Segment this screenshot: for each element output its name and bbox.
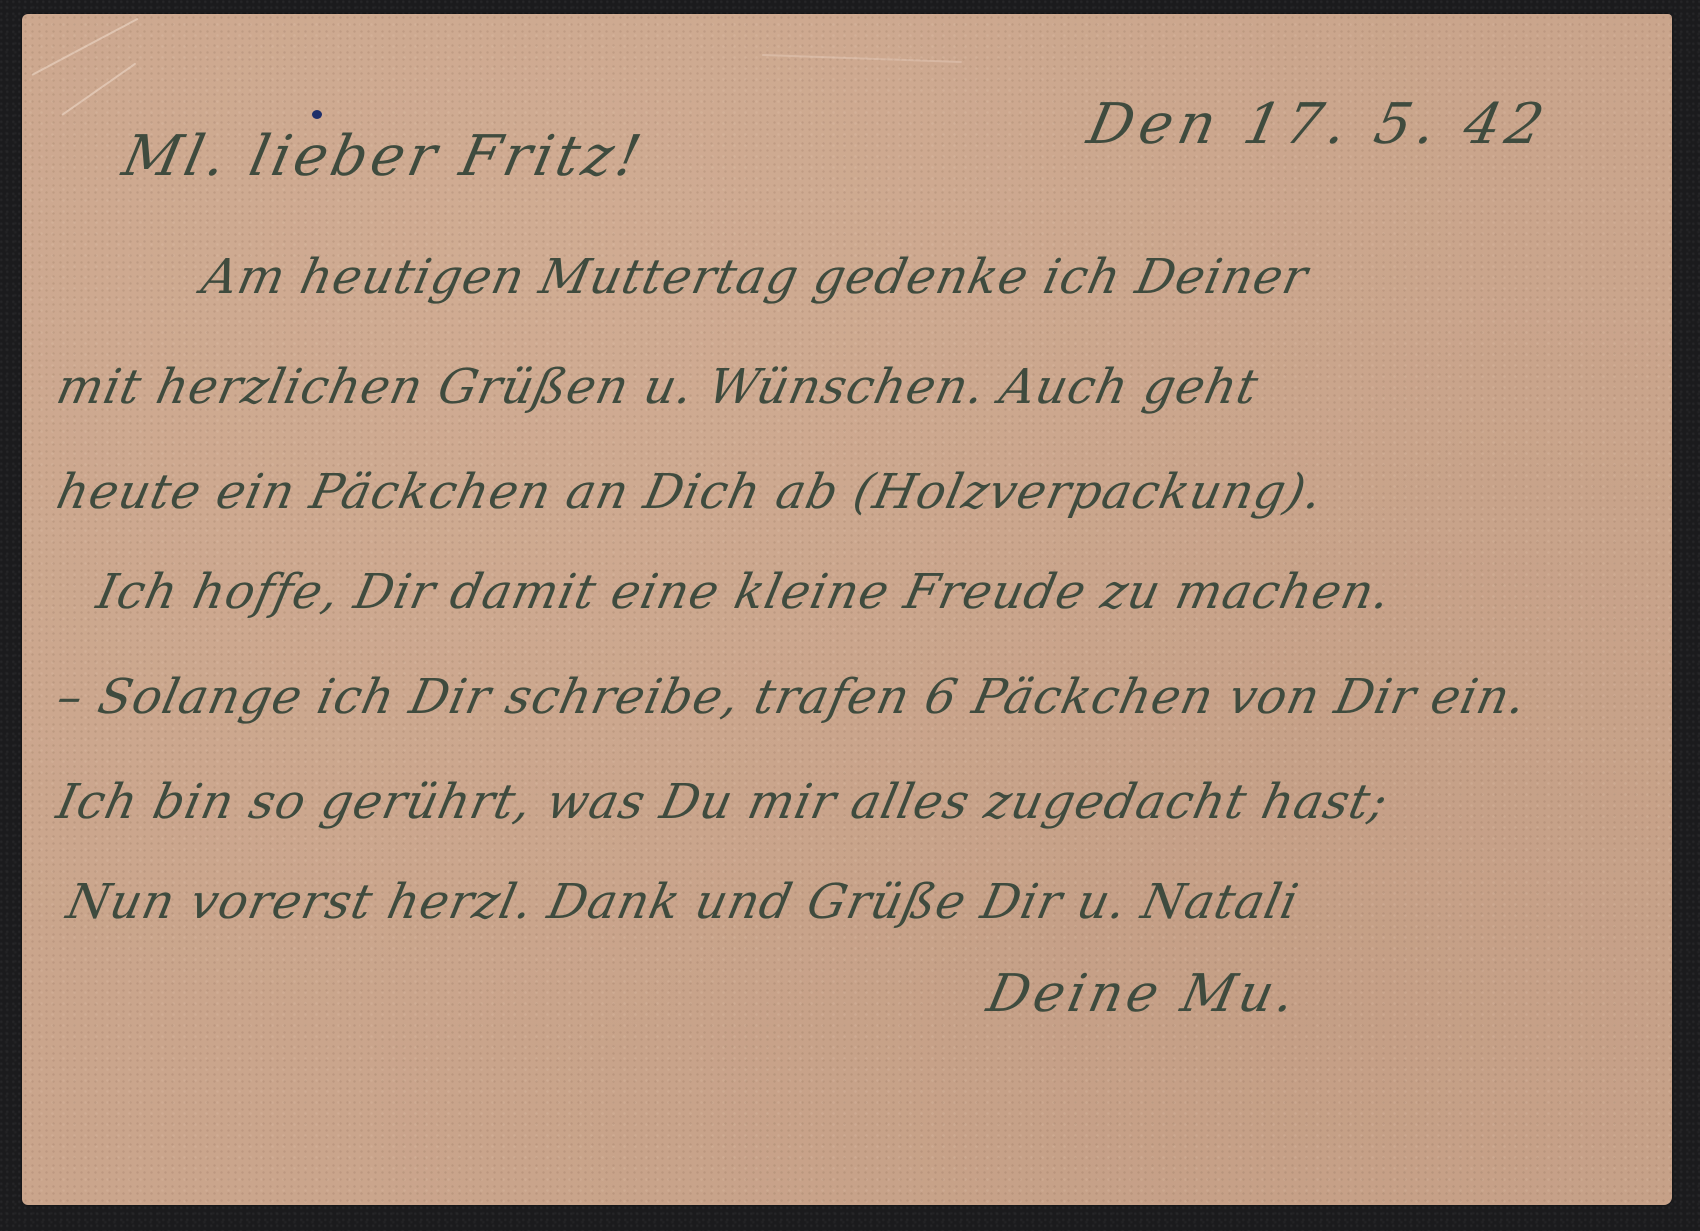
letter-line: Nun vorerst herzl. Dank und Grüße Dir u.… (62, 874, 1304, 930)
letter-salutation: Ml. lieber Fritz! (117, 124, 650, 189)
paper-crease (762, 54, 962, 63)
ink-blot (312, 110, 322, 119)
letter-date: Den 17. 5. 42 (1082, 92, 1555, 157)
letter-line: Am heutigen Muttertag gedenke ich Deiner (197, 249, 1313, 305)
letter-signature: Deine Mu. (982, 964, 1304, 1024)
paper-crease (32, 18, 139, 76)
letter-line: – Solange ich Dir schreibe, trafen 6 Päc… (52, 669, 1532, 725)
letter-line: heute ein Päckchen an Dich ab (Holzverpa… (52, 464, 1328, 520)
letter-line: mit herzlichen Grüßen u. Wünschen. Auch … (52, 359, 1264, 415)
paper-crease (61, 63, 136, 116)
letter-line: Ich hoffe, Dir damit eine kleine Freude … (92, 564, 1396, 620)
postcard: Den 17. 5. 42 Ml. lieber Fritz! Am heuti… (22, 14, 1672, 1205)
letter-line: Ich bin so gerührt, was Du mir alles zug… (52, 774, 1393, 830)
